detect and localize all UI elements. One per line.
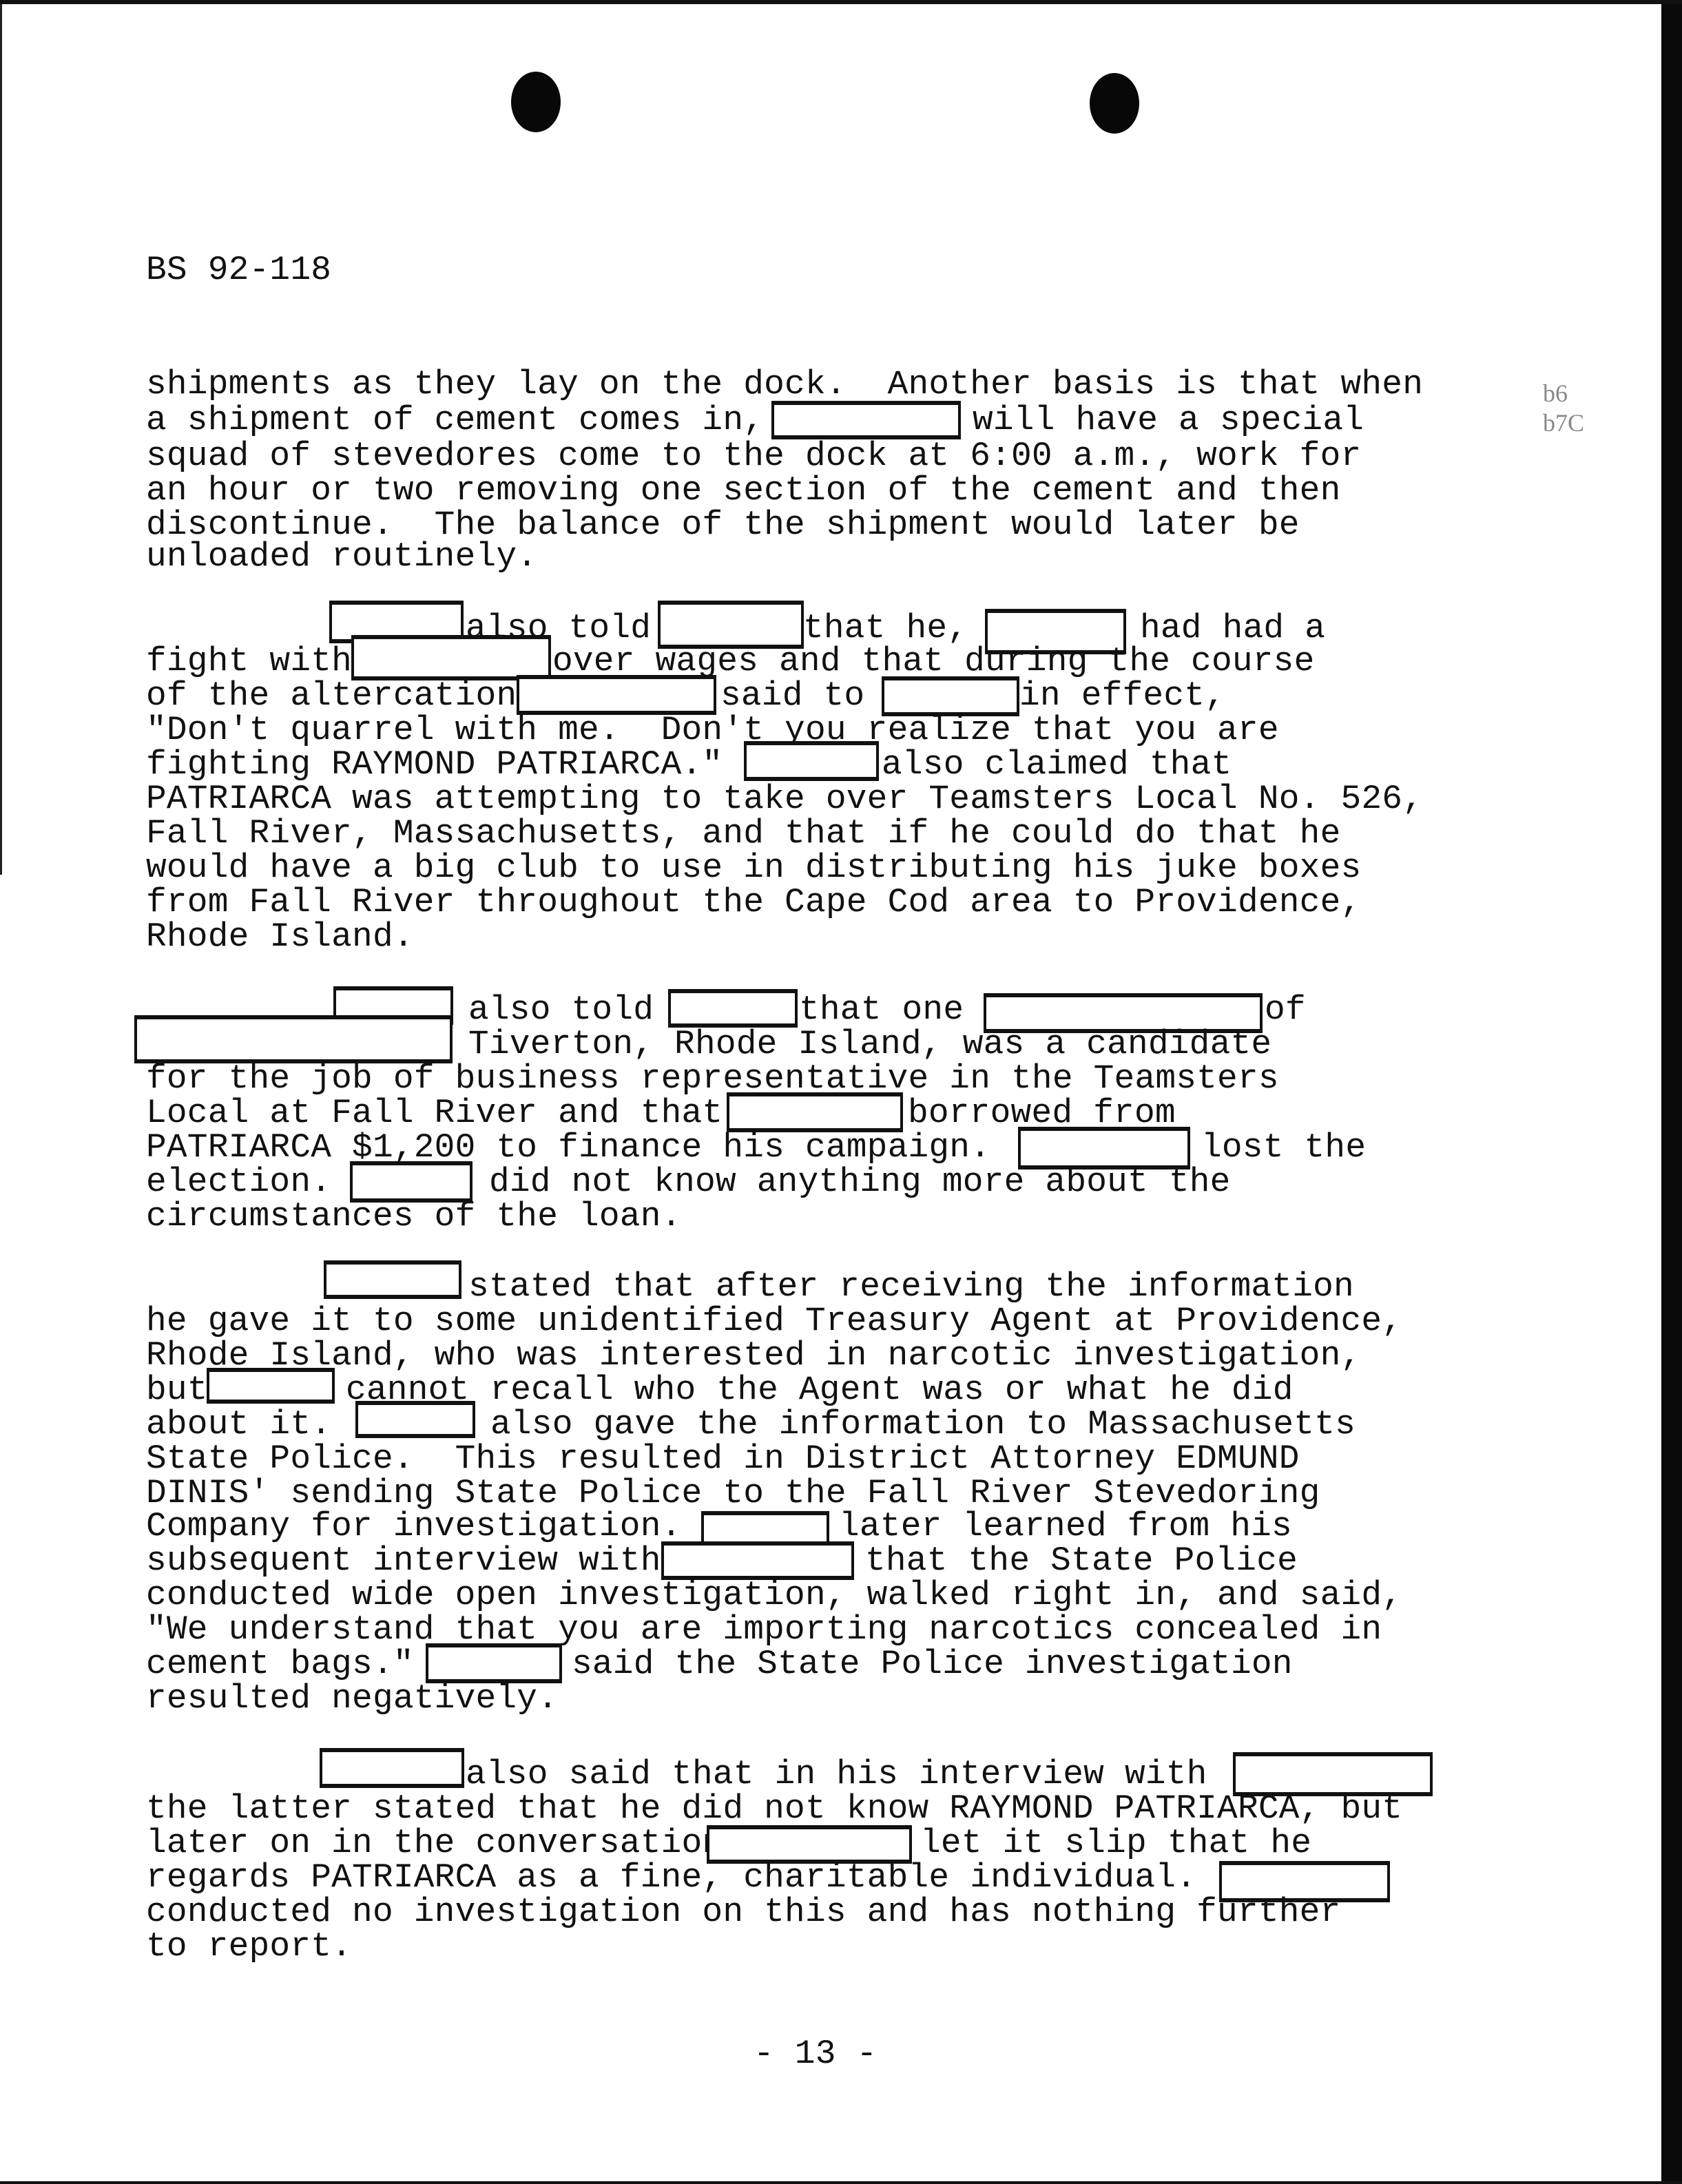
text-line: Tiverton, Rhode Island, was a candidate xyxy=(468,1028,1271,1062)
text-line: cannot recall who the Agent was or what … xyxy=(346,1373,1294,1408)
text-line: an hour or two removing one section of t… xyxy=(146,474,1340,508)
text-line: from Fall River throughout the Cape Cod … xyxy=(146,886,1361,920)
text-line: later on in the conversation xyxy=(146,1827,723,1861)
redaction-box xyxy=(324,1260,461,1299)
text-line: borrowed from xyxy=(908,1096,1176,1131)
text-line: the latter stated that he did not know R… xyxy=(146,1792,1402,1827)
redaction-box xyxy=(351,635,551,680)
document-page: BS 92-118 b6 b7C shipments as they lay o… xyxy=(0,0,1682,2184)
redaction-box xyxy=(668,989,798,1028)
text-line: in effect, xyxy=(1019,679,1225,714)
text-line: Rhode Island. xyxy=(146,920,414,955)
punch-hole-right xyxy=(1090,73,1139,134)
punch-hole-left xyxy=(511,72,561,132)
text-line: had had a xyxy=(1140,612,1325,646)
text-line: PATRIARCA was attempting to take over Te… xyxy=(146,782,1423,817)
text-line: State Police. This resulted in District … xyxy=(146,1442,1300,1477)
text-line: also gave the information to Massachuset… xyxy=(490,1408,1356,1442)
text-line: of xyxy=(1265,993,1306,1028)
text-line: also said that in his interview with xyxy=(466,1758,1207,1792)
text-line: conducted no investigation on this and h… xyxy=(146,1895,1340,1930)
exemption-code-b6: b6 xyxy=(1543,379,1568,408)
redaction-box xyxy=(661,1541,854,1580)
text-line: election. xyxy=(146,1165,331,1200)
text-line: Company for investigation. xyxy=(146,1510,682,1544)
redaction-box xyxy=(744,741,879,781)
scan-edge-right xyxy=(1661,4,1682,2181)
text-line: fight with xyxy=(146,645,352,679)
redaction-box xyxy=(320,1748,464,1788)
text-line: that one xyxy=(799,993,964,1028)
text-line: let it slip that he xyxy=(920,1827,1311,1861)
redaction-box xyxy=(355,1401,475,1438)
text-line: also claimed that xyxy=(882,748,1232,782)
text-line: fighting RAYMOND PATRIARCA." xyxy=(146,748,723,782)
text-line: Local at Fall River and that xyxy=(146,1096,723,1131)
text-line: later learned from his xyxy=(839,1510,1292,1544)
redaction-box xyxy=(517,675,716,715)
scan-edge-left xyxy=(0,4,2,875)
text-line: "Don't quarrel with me. Don't you realiz… xyxy=(146,714,1279,748)
page-number: - 13 - xyxy=(754,2037,877,2072)
text-line: to report. xyxy=(146,1930,352,1964)
text-line: will have a special xyxy=(973,404,1364,438)
text-line: about it. xyxy=(146,1408,331,1442)
redaction-box xyxy=(350,1161,473,1203)
text-line: for the job of business representative i… xyxy=(146,1062,1279,1096)
text-line: Fall River, Massachusetts, and that if h… xyxy=(146,817,1340,851)
text-line: that he, xyxy=(803,612,968,646)
exemption-code-b7c: b7C xyxy=(1543,409,1584,437)
redaction-box xyxy=(134,1015,453,1063)
text-line: DINIS' sending State Police to the Fall … xyxy=(146,1477,1320,1511)
text-line: squad of stevedores come to the dock at … xyxy=(146,439,1361,474)
text-line: cement bags." xyxy=(146,1647,414,1682)
text-line: said the State Police investigation xyxy=(572,1647,1293,1682)
text-line: unloaded routinely. xyxy=(146,540,537,574)
text-line: conducted wide open investigation, walke… xyxy=(146,1579,1402,1613)
text-line: PATRIARCA $1,200 to finance his campaign… xyxy=(146,1131,990,1165)
text-line: he gave it to some unidentified Treasury… xyxy=(146,1304,1402,1339)
text-line: resulted negatively. xyxy=(146,1682,558,1716)
redaction-box xyxy=(426,1643,562,1683)
redaction-box xyxy=(771,401,961,439)
text-line: but xyxy=(146,1373,208,1408)
text-line: lost the xyxy=(1201,1131,1366,1165)
text-line: circumstances of the loan. xyxy=(146,1200,682,1234)
text-line: subsequent interview with xyxy=(146,1544,661,1579)
text-line: that the State Police xyxy=(865,1544,1298,1579)
text-line: also told xyxy=(468,993,654,1028)
text-line: a shipment of cement comes in, xyxy=(146,404,764,438)
text-line: "We understand that you are importing na… xyxy=(146,1613,1382,1647)
text-line: stated that after receiving the informat… xyxy=(468,1270,1354,1304)
text-line: of the altercation xyxy=(146,679,517,714)
file-number: BS 92-118 xyxy=(146,253,331,288)
text-line: did not know anything more about the xyxy=(489,1165,1231,1200)
text-line: said to xyxy=(720,679,864,714)
text-line: shipments as they lay on the dock. Anoth… xyxy=(146,368,1423,402)
text-line: regards PATRIARCA as a fine, charitable … xyxy=(146,1861,1196,1895)
redaction-box xyxy=(207,1368,335,1404)
text-line: would have a big club to use in distribu… xyxy=(146,851,1361,886)
redaction-box xyxy=(727,1092,903,1132)
text-line: over wages and that during the course xyxy=(552,645,1314,679)
